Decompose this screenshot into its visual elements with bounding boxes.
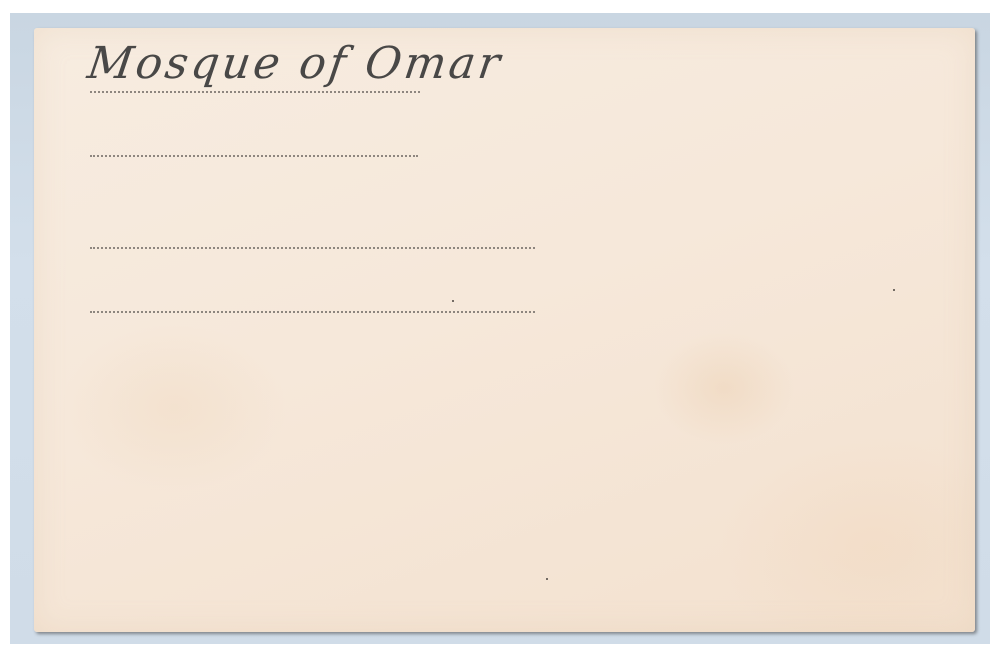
writing-line-4 <box>90 311 535 313</box>
writing-line-2 <box>90 155 418 157</box>
paper-speck <box>893 289 895 291</box>
paper-speck <box>546 578 548 580</box>
writing-line-1 <box>90 91 420 93</box>
writing-line-3 <box>90 247 535 249</box>
postcard-back <box>34 28 975 632</box>
handwritten-caption: Mosque of Omar <box>84 38 506 89</box>
paper-speck <box>452 300 454 302</box>
